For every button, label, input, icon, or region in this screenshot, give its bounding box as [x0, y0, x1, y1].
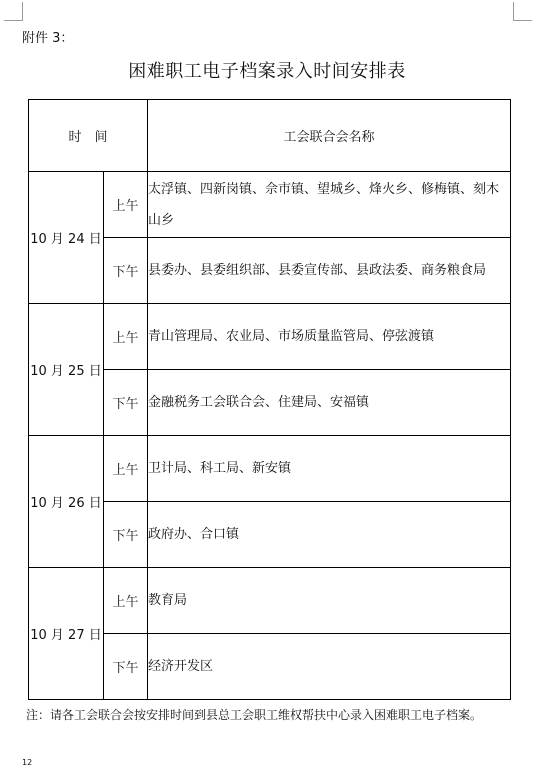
union-names-cell: 卫计局、科工局、新安镇: [148, 436, 511, 502]
table-header-row: 时 间 工会联合会名称: [29, 100, 511, 172]
date-cell: 10 月 26 日: [29, 436, 104, 568]
table-row: 10 月 24 日 上午 太浮镇、四新岗镇、佘市镇、望城乡、烽火乡、修梅镇、刻木…: [29, 172, 511, 238]
table-row: 10 月 26 日 上午 卫计局、科工局、新安镇: [29, 436, 511, 502]
document-title: 困难职工电子档案录入时间安排表: [0, 57, 534, 83]
page-number: 12: [22, 758, 32, 767]
half-day-cell: 下午: [104, 502, 148, 568]
union-names-cell: 太浮镇、四新岗镇、佘市镇、望城乡、烽火乡、修梅镇、刻木山乡: [148, 172, 511, 238]
attachment-label: 附件 3：: [22, 27, 73, 46]
half-day-cell: 下午: [104, 238, 148, 304]
header-union-name: 工会联合会名称: [148, 100, 511, 172]
schedule-table: 时 间 工会联合会名称 10 月 24 日 上午 太浮镇、四新岗镇、佘市镇、望城…: [28, 99, 511, 700]
union-names-cell: 经济开发区: [148, 634, 511, 700]
footnote: 注：请各工会联合会按安排时间到县总工会职工维权帮扶中心录入困难职工电子档案。: [26, 706, 482, 723]
half-day-cell: 下午: [104, 370, 148, 436]
half-day-cell: 下午: [104, 634, 148, 700]
union-names-cell: 金融税务工会联合会、住建局、安福镇: [148, 370, 511, 436]
table-row: 10 月 25 日 上午 青山管理局、农业局、市场质量监管局、停弦渡镇: [29, 304, 511, 370]
union-names-cell: 教育局: [148, 568, 511, 634]
table-row: 10 月 27 日 上午 教育局: [29, 568, 511, 634]
page-corner-mark-top-left: [4, 2, 23, 21]
date-cell: 10 月 25 日: [29, 304, 104, 436]
half-day-cell: 上午: [104, 436, 148, 502]
union-names-cell: 青山管理局、农业局、市场质量监管局、停弦渡镇: [148, 304, 511, 370]
header-time: 时 间: [29, 100, 148, 172]
union-names-cell: 县委办、县委组织部、县委宣传部、县政法委、商务粮食局: [148, 238, 511, 304]
half-day-cell: 上午: [104, 172, 148, 238]
union-names-cell: 政府办、合口镇: [148, 502, 511, 568]
half-day-cell: 上午: [104, 304, 148, 370]
half-day-cell: 上午: [104, 568, 148, 634]
date-cell: 10 月 24 日: [29, 172, 104, 304]
date-cell: 10 月 27 日: [29, 568, 104, 700]
page-corner-mark-top-right: [513, 2, 532, 21]
